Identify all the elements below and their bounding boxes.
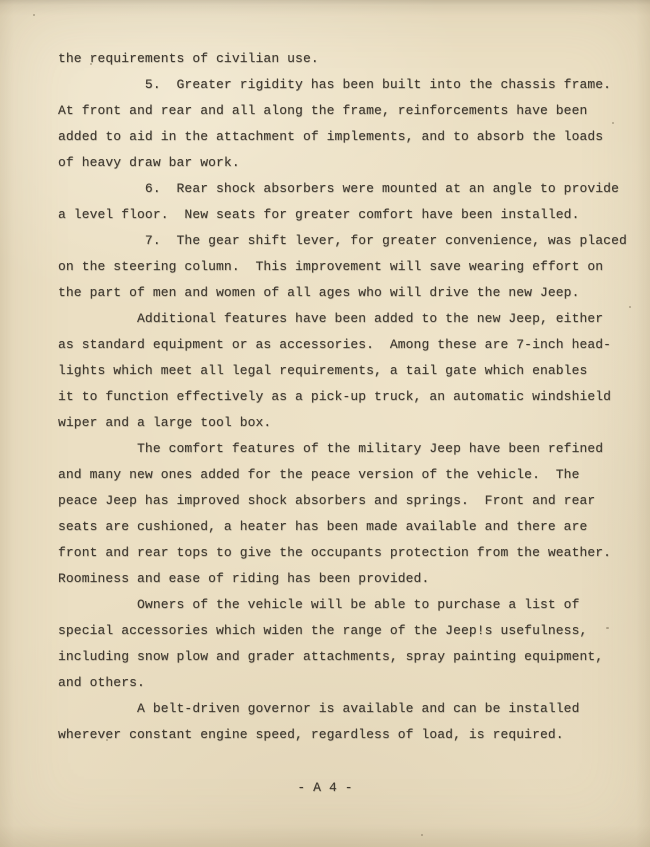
typewriter-line: the requirements of civilian use. bbox=[58, 46, 627, 72]
paper-speck bbox=[629, 306, 631, 308]
typewriter-line: and others. bbox=[58, 670, 627, 696]
scanned-document-page: the requirements of civilian use. 5. Gre… bbox=[0, 0, 650, 847]
typewriter-line: as standard equipment or as accessories.… bbox=[58, 332, 627, 358]
paper-speck bbox=[90, 63, 92, 65]
paper-speck bbox=[33, 14, 35, 16]
typewriter-line: peace Jeep has improved shock absorbers … bbox=[58, 488, 627, 514]
typewriter-line: special accessories which widen the rang… bbox=[58, 618, 627, 644]
typewriter-line: and many new ones added for the peace ve… bbox=[58, 462, 627, 488]
typewriter-line: the part of men and women of all ages wh… bbox=[58, 280, 627, 306]
paper-speck bbox=[612, 122, 614, 124]
typewriter-line: 7. The gear shift lever, for greater con… bbox=[58, 228, 627, 254]
typewriter-line: At front and rear and all along the fram… bbox=[58, 98, 627, 124]
paper-speck bbox=[606, 627, 609, 629]
typewriter-line: wiper and a large tool box. bbox=[58, 410, 627, 436]
typewriter-line: A belt-driven governor is available and … bbox=[58, 696, 627, 722]
typewriter-line: lights which meet all legal requirements… bbox=[58, 358, 627, 384]
typewriter-line: including snow plow and grader attachmen… bbox=[58, 644, 627, 670]
typewriter-line: Roominess and ease of riding has been pr… bbox=[58, 566, 627, 592]
typed-text-block: the requirements of civilian use. 5. Gre… bbox=[58, 46, 627, 748]
typewriter-line: Additional features have been added to t… bbox=[58, 306, 627, 332]
typewriter-line: front and rear tops to give the occupant… bbox=[58, 540, 627, 566]
typewriter-line: a level floor. New seats for greater com… bbox=[58, 202, 627, 228]
typewriter-line: Owners of the vehicle will be able to pu… bbox=[58, 592, 627, 618]
page-number: - A 4 - bbox=[0, 775, 650, 801]
paper-speck bbox=[521, 447, 523, 449]
typewriter-line: added to aid in the attachment of implem… bbox=[58, 124, 627, 150]
paper-speck bbox=[106, 739, 108, 741]
typewriter-line: 6. Rear shock absorbers were mounted at … bbox=[58, 176, 627, 202]
typewriter-line: wherever constant engine speed, regardle… bbox=[58, 722, 627, 748]
typewriter-line: of heavy draw bar work. bbox=[58, 150, 627, 176]
typewriter-line: 5. Greater rigidity has been built into … bbox=[58, 72, 627, 98]
typewriter-line: seats are cushioned, a heater has been m… bbox=[58, 514, 627, 540]
typewriter-line: on the steering column. This improvement… bbox=[58, 254, 627, 280]
typewriter-line: The comfort features of the military Jee… bbox=[58, 436, 627, 462]
typewriter-line: it to function effectively as a pick-up … bbox=[58, 384, 627, 410]
paper-speck bbox=[421, 834, 423, 836]
